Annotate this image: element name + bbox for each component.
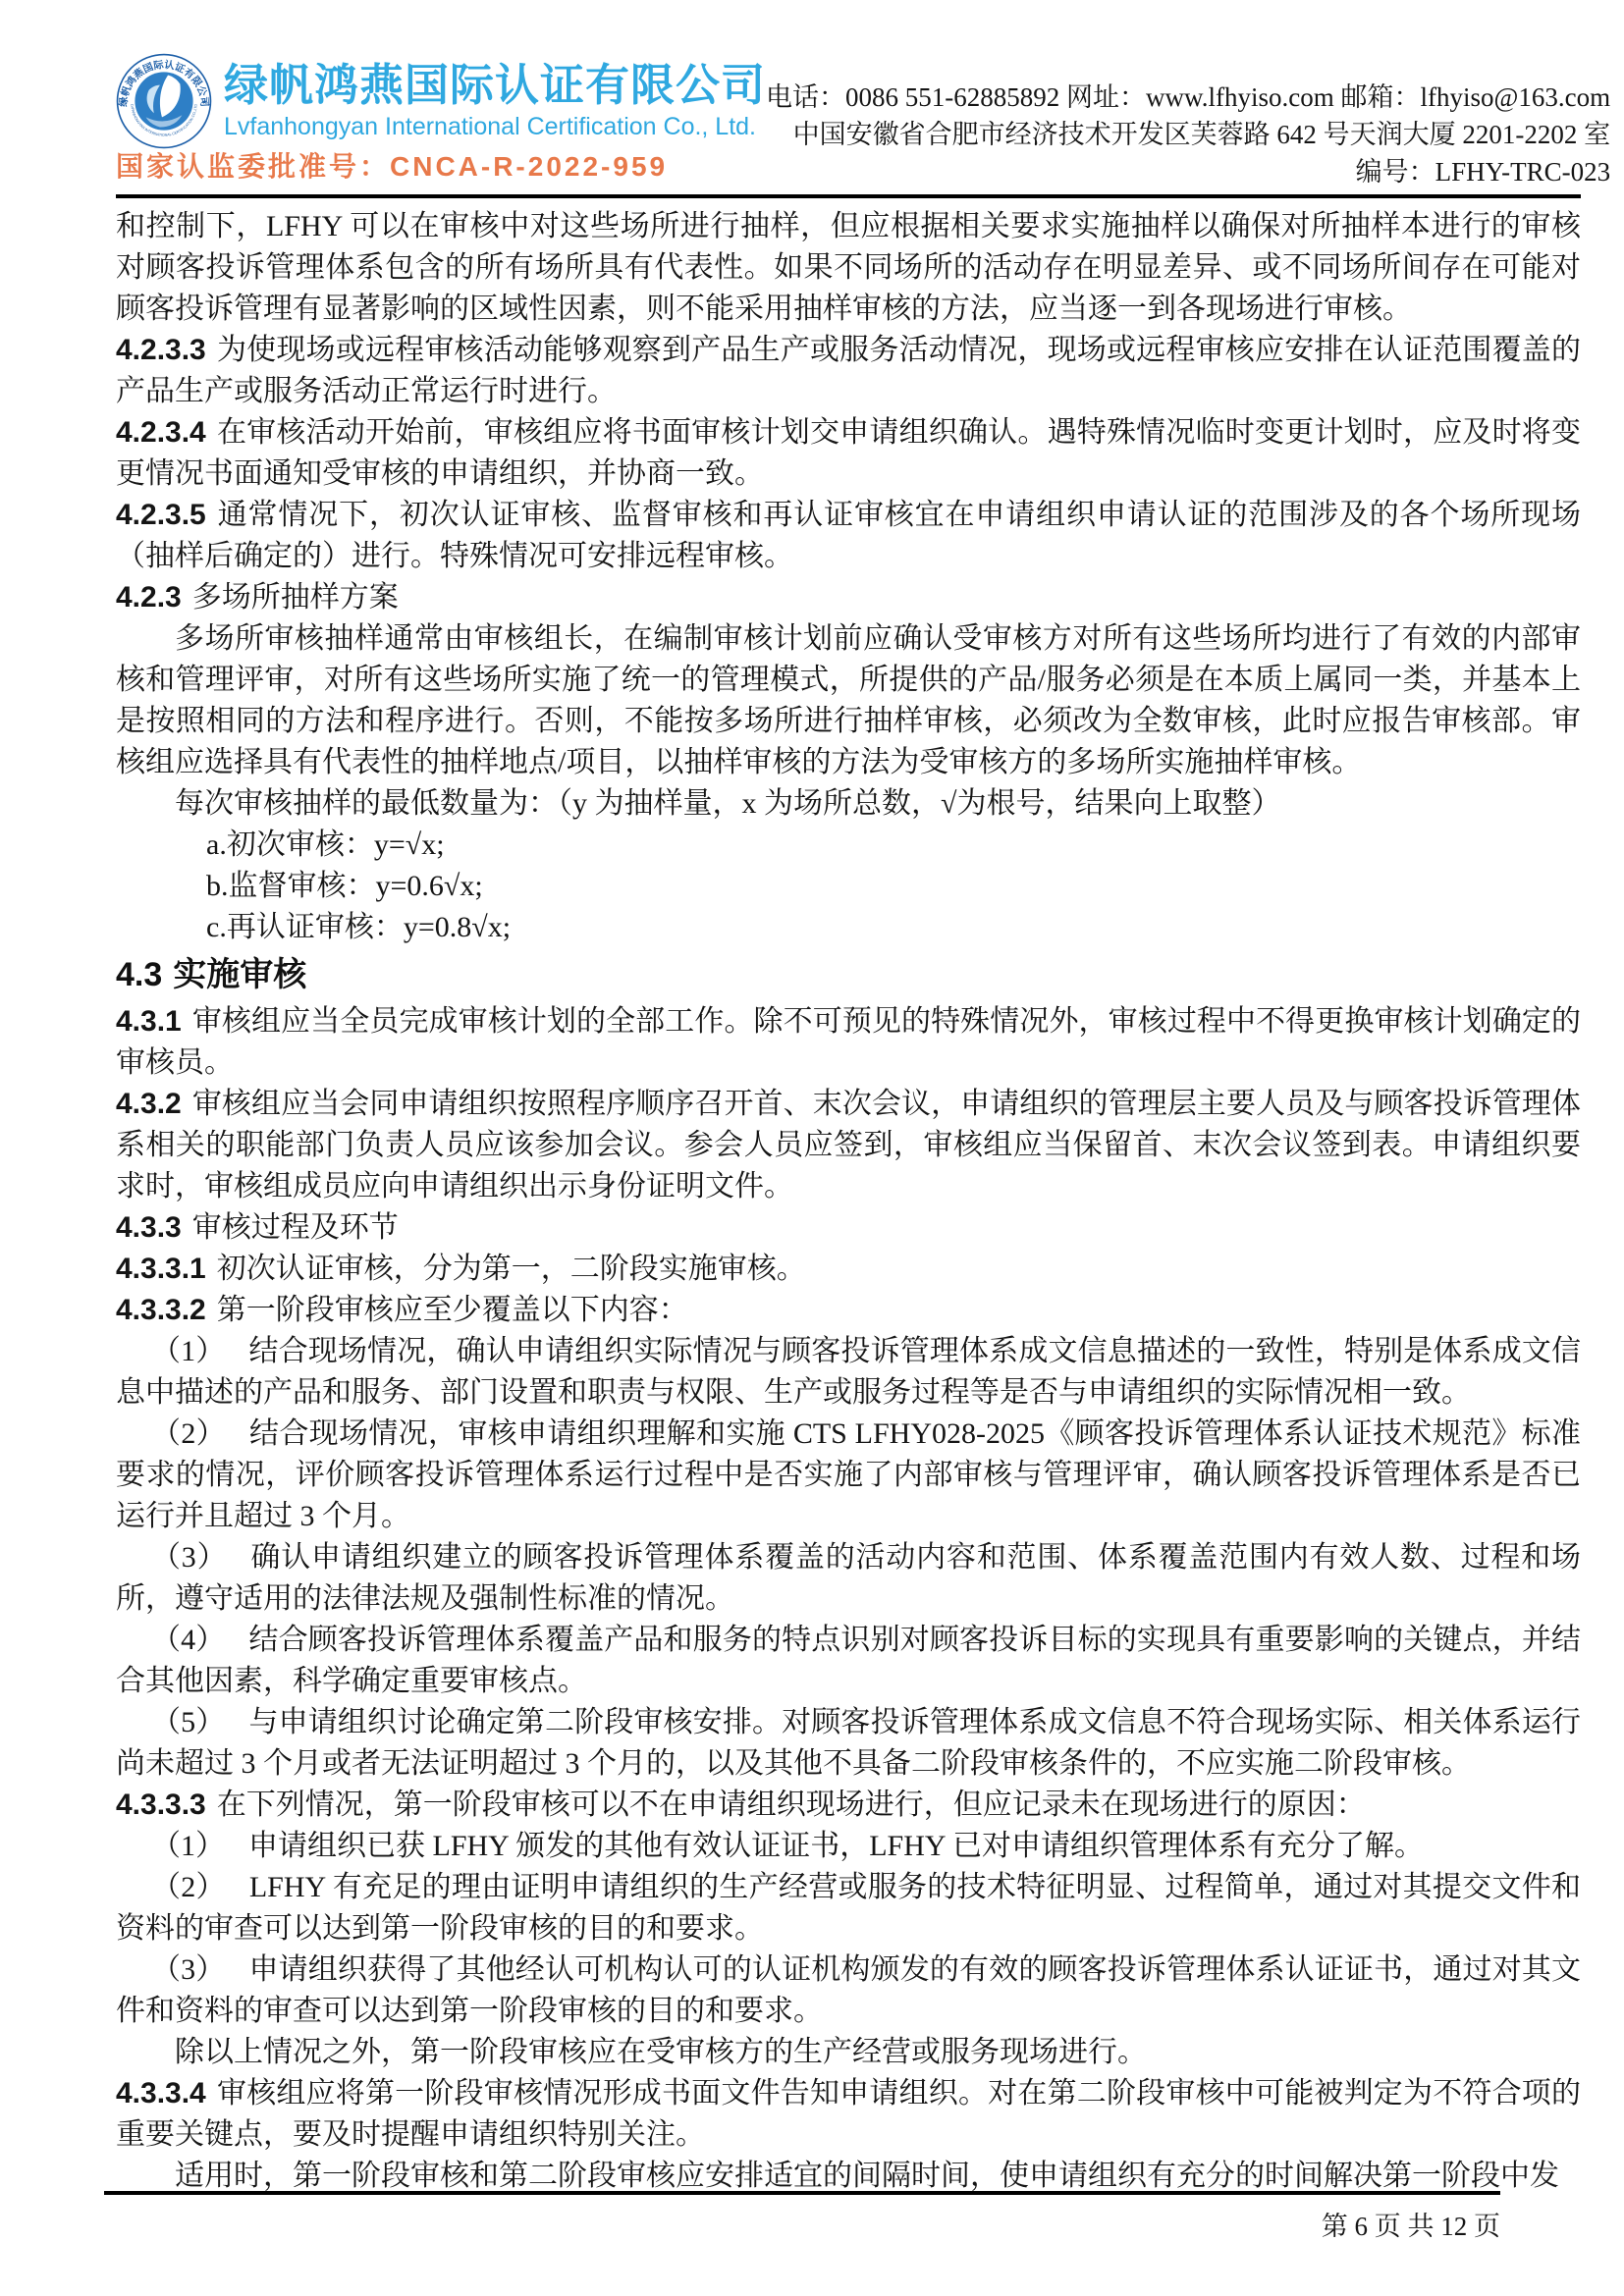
- section-heading: 4.3实施审核: [116, 952, 1581, 997]
- doc-number: 编号：LFHY-TRC-023: [766, 153, 1610, 190]
- paragraph: 4.3.1审核组应当全员完成审核计划的全部工作。除不可预见的特殊情况外，审核过程…: [116, 1001, 1581, 1084]
- list-marker: （3）: [151, 1541, 227, 1574]
- contact-phone-line: 电话：0086 551-62885892 网址：www.lfhyiso.com …: [766, 79, 1610, 116]
- paragraph: a.初次审核：y=√x;: [116, 825, 1581, 866]
- document-header: 绿帆鸿燕国际认证有限公司 LVFANHONGYAN INTERNATIONAL …: [116, 53, 1581, 198]
- logo-star-right-icon: ★: [201, 98, 207, 106]
- paragraph: 除以上情况之外，第一阶段审核应在受审核方的生产经营或服务现场进行。: [116, 2032, 1581, 2073]
- clause-number: 4.3.3.4: [116, 2077, 206, 2109]
- list-marker: （2）: [151, 1417, 226, 1450]
- paragraph: （1）结合现场情况，确认申请组织实际情况与顾客投诉管理体系成文信息描述的一致性，…: [116, 1331, 1581, 1414]
- paragraph: 4.3.3.4审核组应将第一阶段审核情况形成书面文件告知申请组织。对在第二阶段审…: [116, 2073, 1581, 2156]
- paragraph: 4.2.3.5通常情况下，初次认证审核、监督审核和再认证审核宜在申请组织申请认证…: [116, 495, 1581, 577]
- clause-number: 4.3.3.2: [116, 1294, 206, 1326]
- clause-number: 4.2.3.4: [116, 416, 206, 449]
- paragraph: （3）申请组织获得了其他经认可机构认可的认证机构颁发的有效的顾客投诉管理体系认证…: [116, 1949, 1581, 2032]
- list-marker: （5）: [151, 1706, 225, 1738]
- list-marker: （3）: [151, 1953, 225, 1986]
- clause-number: 4.3.2: [116, 1088, 182, 1120]
- list-marker: （4）: [151, 1624, 225, 1656]
- clause-number: 4.2.3.3: [116, 334, 206, 366]
- list-marker: （1）: [151, 1830, 225, 1862]
- list-marker: （2）: [151, 1871, 226, 1903]
- company-name-cn: 绿帆鸿燕国际认证有限公司: [224, 61, 766, 110]
- document-body: 和控制下，LFHY 可以在审核中对这些场所进行抽样，但应根据相关要求实施抽样以确…: [116, 206, 1581, 2195]
- clause-number: 4.3.3.3: [116, 1789, 206, 1821]
- contact-address-line: 中国安徽省合肥市经济技术开发区芙蓉路 642 号天润大厦 2201-2202 室: [766, 116, 1610, 153]
- paragraph: （3）确认申请组织建立的顾客投诉管理体系覆盖的活动内容和范围、体系覆盖范围内有效…: [116, 1537, 1581, 1620]
- paragraph: （2）LFHY 有充足的理由证明申请组织的生产经营或服务的技术特征明显、过程简单…: [116, 1867, 1581, 1949]
- company-logo-icon: 绿帆鸿燕国际认证有限公司 LVFANHONGYAN INTERNATIONAL …: [116, 53, 212, 149]
- paragraph: （2）结合现场情况，审核申请组织理解和实施 CTS LFHY028-2025《顾…: [116, 1414, 1581, 1537]
- paragraph: 4.3.2审核组应当会同申请组织按照程序顺序召开首、末次会议，申请组织的管理层主…: [116, 1084, 1581, 1207]
- contact-block: 电话：0086 551-62885892 网址：www.lfhyiso.com …: [766, 53, 1610, 190]
- company-names: 绿帆鸿燕国际认证有限公司 Lvfanhongyan International …: [224, 61, 766, 141]
- paragraph: （4）结合顾客投诉管理体系覆盖产品和服务的特点识别对顾客投诉目标的实现具有重要影…: [116, 1620, 1581, 1702]
- paragraph: 4.2.3.3为使现场或远程审核活动能够观察到产品生产或服务活动情况，现场或远程…: [116, 330, 1581, 412]
- page-number: 第 6 页 共 12 页: [104, 2205, 1500, 2243]
- paragraph: 多场所审核抽样通常由审核组长，在编制审核计划前应确认受审核方对所有这些场所均进行…: [116, 618, 1581, 783]
- paragraph: b.监督审核：y=0.6√x;: [116, 866, 1581, 907]
- paragraph: 4.2.3.4在审核活动开始前，审核组应将书面审核计划交申请组织确认。遇特殊情况…: [116, 412, 1581, 495]
- document-footer: 第 6 页 共 12 页: [104, 2191, 1500, 2243]
- approval-number: 国家认监委批准号：CNCA-R-2022-959: [116, 145, 766, 185]
- clause-number: 4.2.3: [116, 581, 182, 614]
- clause-number: 4.2.3.5: [116, 499, 206, 531]
- list-marker: （1）: [151, 1335, 225, 1367]
- footer-divider: [104, 2191, 1500, 2195]
- clause-number: 4.3.3.1: [116, 1253, 206, 1285]
- paragraph: 4.3.3.2第一阶段审核应至少覆盖以下内容：: [116, 1290, 1581, 1331]
- header-divider: [116, 194, 1581, 198]
- paragraph: 适用时，第一阶段审核和第二阶段审核应安排适宜的间隔时间，使申请组织有充分的时间解…: [116, 2156, 1581, 2195]
- paragraph: 4.2.3多场所抽样方案: [116, 577, 1581, 618]
- paragraph: 和控制下，LFHY 可以在审核中对这些场所进行抽样，但应根据相关要求实施抽样以确…: [116, 206, 1581, 330]
- brand-block: 绿帆鸿燕国际认证有限公司 LVFANHONGYAN INTERNATIONAL …: [116, 53, 766, 185]
- paragraph: 4.3.3.1初次认证审核，分为第一，二阶段实施审核。: [116, 1249, 1581, 1290]
- paragraph: c.再认证审核：y=0.8√x;: [116, 907, 1581, 948]
- paragraph: （5）与申请组织讨论确定第二阶段审核安排。对顾客投诉管理体系成文信息不符合现场实…: [116, 1702, 1581, 1785]
- paragraph: （1）申请组织已获 LFHY 颁发的其他有效认证证书，LFHY 已对申请组织管理…: [116, 1826, 1581, 1867]
- logo-star-left-icon: ★: [120, 98, 126, 106]
- clause-number: 4.3.3: [116, 1211, 182, 1244]
- document-page: 绿帆鸿燕国际认证有限公司 LVFANHONGYAN INTERNATIONAL …: [0, 0, 1624, 2296]
- paragraph: 4.3.3.3在下列情况，第一阶段审核可以不在申请组织现场进行，但应记录未在现场…: [116, 1785, 1581, 1826]
- paragraph: 4.3.3审核过程及环节: [116, 1207, 1581, 1249]
- paragraph: 每次审核抽样的最低数量为：（y 为抽样量，x 为场所总数，√为根号，结果向上取整…: [116, 783, 1581, 825]
- company-name-en: Lvfanhongyan International Certification…: [224, 113, 766, 141]
- clause-number: 4.3: [116, 956, 162, 993]
- clause-number: 4.3.1: [116, 1005, 182, 1038]
